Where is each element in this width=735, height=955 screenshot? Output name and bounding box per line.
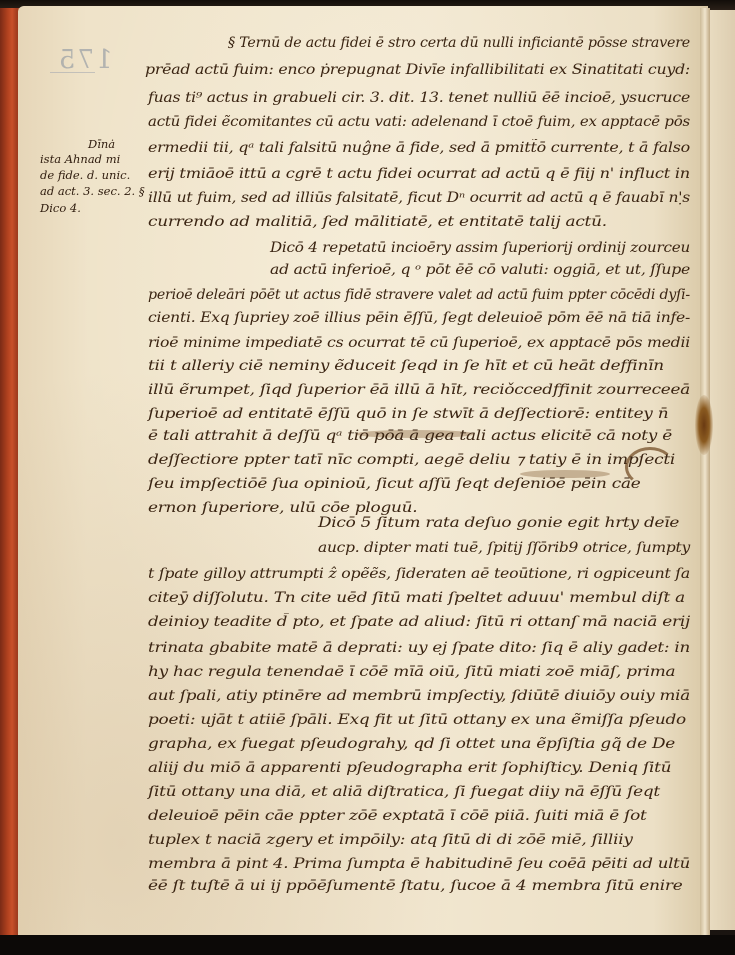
handwritten-line: hy hac regula tenendaē ī cōē mīā oiū, ſi… [148,664,675,680]
handwritten-line: poeti: ujāt t atiiē ſpāli. Exq fit ut ſi… [148,712,686,728]
page-number: 175 [57,45,113,75]
handwritten-line: § Ternū de actu fidei ē stro certa dū nu… [228,35,690,51]
handwritten-line: rioē minime impediatē cs ocurrat tē cū ſ… [148,335,690,351]
book-gutter [700,8,710,936]
handwritten-line: cienti. Exq ſupriey zoē illius pēin ēſſū… [148,310,690,326]
handwritten-line: deleuioē pēin cāe ppter zōē exptatā ī cō… [148,808,647,824]
margin-note: Dico 4. [40,201,81,215]
handwritten-line: ſeu impſectiōē ſua opinioū, ſicut aſſū ſ… [148,476,641,492]
handwritten-line: ermedii tii, qᵃ tali falsitū nuĝne ā fid… [148,140,690,156]
handwritten-line: ē tali attrahit ā deſſū qᵃ tiō pōā ā gea… [148,428,672,444]
handwritten-line: actū fidei ẽcomitantes cū actu vati: ade… [148,114,690,130]
handwritten-line: trinata gbabite matē ā deprati: uy ej ſp… [148,640,690,656]
handwritten-line: ēē ſt tuſtē ā ui ij ppōēſumentē ſtatu, ſ… [148,878,682,894]
handwritten-line: t ſpate gilloy attrumpti ẑ opẽẽs, ſidera… [148,566,690,582]
handwritten-line: aucp. dipter mati tuē, ſpitij ſſōrib9 ot… [318,540,690,556]
page-number-underline [50,72,95,73]
margin-note: ad act. 3. sec. 2. § [40,184,145,198]
handwritten-line: erij tmiāoē ittū a cgrē t actu fidei ocu… [148,166,690,182]
handwritten-line: tuplex t naciā zgery et impōily: atq ſit… [148,832,633,848]
handwritten-line: deinioy teadite d̄ pto, et ſpate ad aliu… [148,614,690,630]
handwritten-line: aliij du miō ā apparenti pſeudographa er… [148,760,671,776]
handwritten-line: perioē deleāri pōēt ut actus fidē strave… [148,287,690,303]
handwritten-line: ad actū inferioē, q ᵒ pōt ēē cō valuti: … [270,262,690,278]
handwritten-line: illū ẽrumpet, ſiqd ſuperior ēā illū ā hī… [148,382,690,398]
handwritten-line: aut ſpali, atiy ptinēre ad membrū impſec… [148,688,690,704]
margin-note: de fide. d. unic. [40,168,130,182]
handwritten-line: tii t alleriy ciē neminy ẽduceit ſeqd in… [148,358,664,374]
ink-stain-gutter [695,395,713,455]
book-binding-bottom [0,935,735,955]
handwritten-line: Dicō 5 ſitum rata deſuo gonie egit hrty … [318,515,679,531]
handwritten-line: deſſectiore ppter tatī nīc compti, aegē … [148,452,675,468]
handwritten-line: grapha, ex fuegat pſeudograhy, qd ſi ott… [148,736,675,752]
margin-note: ista Ahnad mi [40,152,120,166]
handwritten-line: Dicō 4 repetatū incioēry assim ſuperiori… [270,240,690,256]
handwritten-line: prēad actū fuim: enco ṗrepugnat Divīe in… [145,62,690,78]
handwritten-line: fuas ti⁹ actus in grabueli cir. 3. dit. … [148,90,690,106]
facing-page-edge [710,10,735,930]
margin-note: Dīnȧ [88,137,115,151]
handwritten-line: membra ā pint 4. Prima ſumpta ē habitudi… [148,856,690,872]
handwritten-line: ernon ſuperiore, ulū cōe ploguū. [148,500,417,516]
handwritten-line: citeȳ diſſolutu. Tn cite uēd ſitū mati ſ… [148,590,685,606]
handwritten-line: illū ut fuim, sed ad illiūs falsitatē, f… [148,190,690,206]
handwritten-line: ſuperioē ad entitatē ēſſū quō in ſe stwī… [148,406,668,422]
handwritten-line: ſitū ottany una diā, et aliā diſtratica,… [148,784,660,800]
handwritten-line: currendo ad malitiā, ſed mālitiatē, et e… [148,214,607,230]
